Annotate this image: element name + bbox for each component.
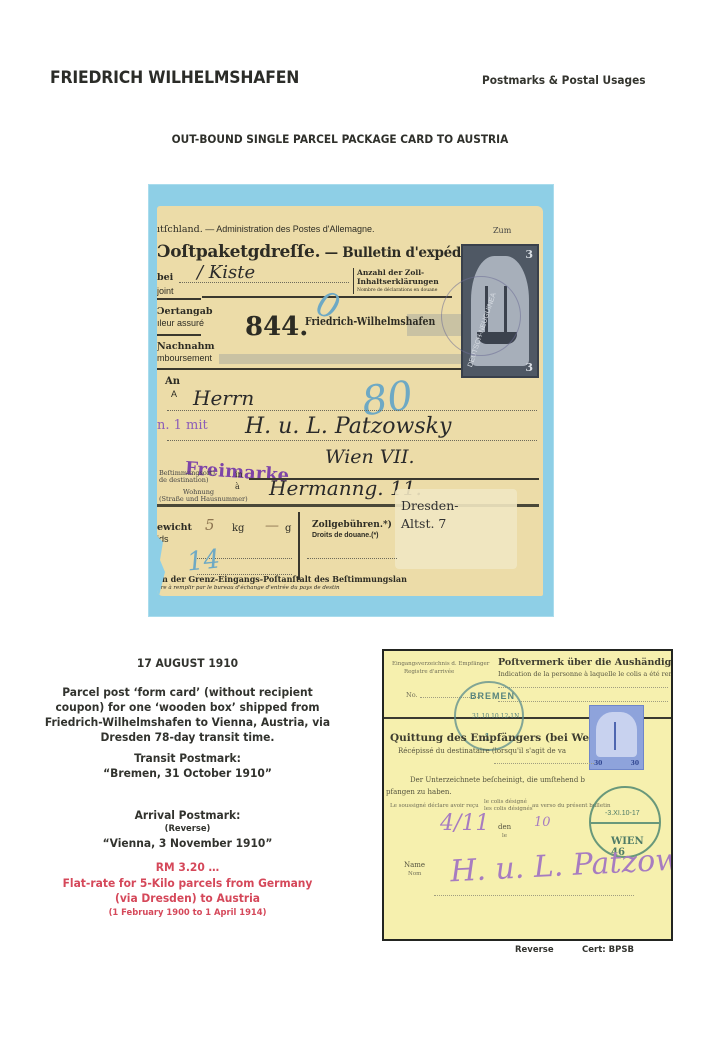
- card-header-de: ıtſchland.: [157, 224, 203, 235]
- reverse-header-fr: Indication de la personne à laquelle le …: [498, 670, 673, 678]
- dwelling-label: Wohnung (Straße und Hausnummer): [159, 489, 248, 503]
- page-subtitle: Postmarks & Postal Usages: [482, 73, 646, 87]
- usage-description: Parcel post ‘form card’ (without recipie…: [36, 685, 338, 745]
- blue-crayon-mark: 14: [186, 544, 222, 577]
- in-label: in: [235, 470, 243, 479]
- name-label-fr: Nom: [408, 871, 421, 877]
- parcel-card-reverse: Eingangsverzeichnis d. Empfänger Registr…: [382, 649, 673, 941]
- handwritten-year: 10: [534, 815, 551, 830]
- rule: [157, 334, 201, 336]
- stamp-vignette: [596, 712, 637, 757]
- weight-g-value: —: [265, 518, 279, 534]
- customs-label-de: Zollgebühren.*): [312, 520, 392, 530]
- card-header: ıtſchland. — Administration des Postes d…: [157, 224, 375, 235]
- dotted-line: [494, 763, 594, 764]
- page-title: FRIEDRICH WILHELMSHAFEN: [50, 68, 299, 88]
- recipient-signature: H. u. L. Patzowsky: [449, 840, 673, 890]
- card-header-fr: — Administration des Postes d'Allemagne.: [203, 224, 375, 234]
- dotted-line: [498, 701, 668, 702]
- receipt-label-fr: Récépissé du destinataire (lorsqu'il s'a…: [398, 747, 566, 755]
- cod-label-fr: mboursement: [157, 353, 212, 363]
- customs-count-label-de-2: Inhaltserklärungen: [357, 277, 439, 286]
- rule: [157, 298, 201, 300]
- no-label: No.: [406, 691, 418, 699]
- label-joint: joint: [157, 286, 174, 296]
- arrival-postmark-label: Arrival Postmark:: [36, 808, 338, 823]
- declaration-fr: Le soussigné déclare avoir reçu: [390, 803, 479, 809]
- dotted-line: [167, 410, 537, 411]
- parcel-card-front: ıtſchland. — Administration des Postes d…: [157, 206, 543, 596]
- dotted-line: [434, 895, 634, 896]
- footer-fr: lre à remplir par le bureau d'échange d'…: [159, 585, 340, 591]
- reverse-caption: Reverse: [515, 945, 554, 955]
- bremen-cancel-city: BREMEN: [470, 691, 515, 701]
- stamp-value: 30: [631, 760, 639, 767]
- stamp-value: 30: [594, 760, 602, 767]
- value-label-fr: ıleur assuré: [157, 318, 204, 328]
- weight-kg-value: 5: [205, 516, 215, 534]
- divider: [353, 268, 354, 294]
- footer-de: ın der Grenz-Eingangs-Poſtanſtalt des Be…: [159, 574, 407, 584]
- addressee-salutation: Herrn: [193, 386, 254, 410]
- customs-count-label-fr: Nombre de déclarations en douane: [357, 286, 439, 295]
- receipt-label-de: Quittung des Empfängers (bei We: [390, 732, 589, 744]
- name-label-de: Name: [404, 861, 425, 869]
- postal-rate: RM 3.20 …: [36, 860, 338, 875]
- destination-label-fr: de destination): [159, 477, 215, 484]
- dwelling-label-fr: (Straße und Hausnummer): [159, 496, 248, 503]
- divider: [298, 512, 300, 580]
- form-title-de: Ɔoſtpaketgdreſſe.: [157, 242, 320, 262]
- stamp-value: 3: [525, 248, 533, 261]
- date-label-de: den: [498, 823, 511, 831]
- stamp-above-label: Zum: [493, 226, 511, 235]
- weight-kg-unit: kg: [232, 523, 244, 534]
- ship-icon: [614, 722, 616, 750]
- declaration-de: Der Unterzeichnete beſcheinigt, die umſt…: [410, 776, 585, 784]
- bremen-cancel-date: 31.10.10.12-1N: [472, 713, 519, 720]
- declaration-fr-option-1: le colis désigné: [484, 799, 527, 805]
- origin-postmark: [441, 276, 521, 356]
- destination-label: Beſtimmungsort) de destination): [159, 470, 215, 484]
- routing-label: Dresden- Altst. 7: [401, 497, 458, 533]
- to-label-fr: A: [171, 389, 177, 399]
- addressee-name: H. u. L. Patzowsky: [245, 414, 451, 439]
- dotted-line: [167, 440, 537, 441]
- register-label-de: Eingangsverzeichnis d. Empfänger: [392, 661, 489, 667]
- customs-count-label: Anzahl der Zoll- Inhaltserklärungen Nomb…: [357, 268, 439, 295]
- label-bei: bei: [157, 272, 173, 283]
- form-title: Ɔoſtpaketgdreſſe. — Bulletin d'expéditio…: [157, 242, 499, 262]
- stamp-30-pfennig-yacht: 30 30: [589, 705, 644, 770]
- gray-band: [219, 354, 461, 364]
- postal-rate-description: Flat-rate for 5-Kilo parcels from German…: [36, 876, 338, 906]
- cancel-bar: [591, 822, 659, 824]
- reverse-header-de: Poſtvermerk über die Aushändigung.: [498, 657, 673, 668]
- handwritten-contents: / Kiste: [197, 262, 255, 283]
- dotted-line: [498, 687, 668, 688]
- declaration-fr-option-2: les colis désignés: [484, 806, 533, 812]
- declaration-de-2: pfangen zu haben.: [386, 788, 452, 796]
- postal-rate-period: (1 February 1900 to 1 April 1914): [36, 907, 338, 919]
- value-label-de: Ɔertangab: [157, 306, 213, 317]
- certificate-caption: Cert: BPSB: [582, 945, 634, 955]
- transit-postmark-value: “Bremen, 31 October 1910”: [36, 766, 338, 781]
- parcel-number: 844.: [245, 312, 308, 342]
- weight-label-de: ewicht: [157, 522, 192, 533]
- usage-date: 17 AUGUST 1910: [36, 656, 338, 671]
- to-label-de: An: [165, 376, 180, 387]
- front-card-mount: ıtſchland. — Administration des Postes d…: [148, 184, 554, 617]
- section-title: OUT-BOUND SINGLE PARCEL PACKAGE CARD TO …: [27, 132, 653, 146]
- customs-count-label-de-1: Anzahl der Zoll-: [357, 268, 439, 277]
- register-label-fr: Registre d'arrivée: [404, 669, 454, 675]
- cod-label-de: Ɲachnahm: [157, 341, 215, 352]
- date-label-fr: le: [502, 833, 507, 839]
- addressee-city: Wien VII.: [325, 446, 415, 468]
- dotted-line: [307, 558, 397, 559]
- arrival-postmark-value: “Vienna, 3 November 1910”: [36, 836, 338, 851]
- handwritten-date: 4/11: [440, 811, 489, 836]
- weight-g-unit: g: [285, 523, 291, 534]
- vienna-cancel-date: -3.XI.10-17: [605, 810, 640, 817]
- customs-label-fr: Droits de douane.(*): [312, 532, 379, 539]
- transit-postmark-label: Transit Postmark:: [36, 751, 338, 766]
- purple-stamp-partial: n. 1 mit: [157, 418, 208, 433]
- rule: [157, 368, 461, 370]
- stamp-value: 3: [525, 361, 533, 374]
- arrival-postmark-note: (Reverse): [36, 823, 338, 835]
